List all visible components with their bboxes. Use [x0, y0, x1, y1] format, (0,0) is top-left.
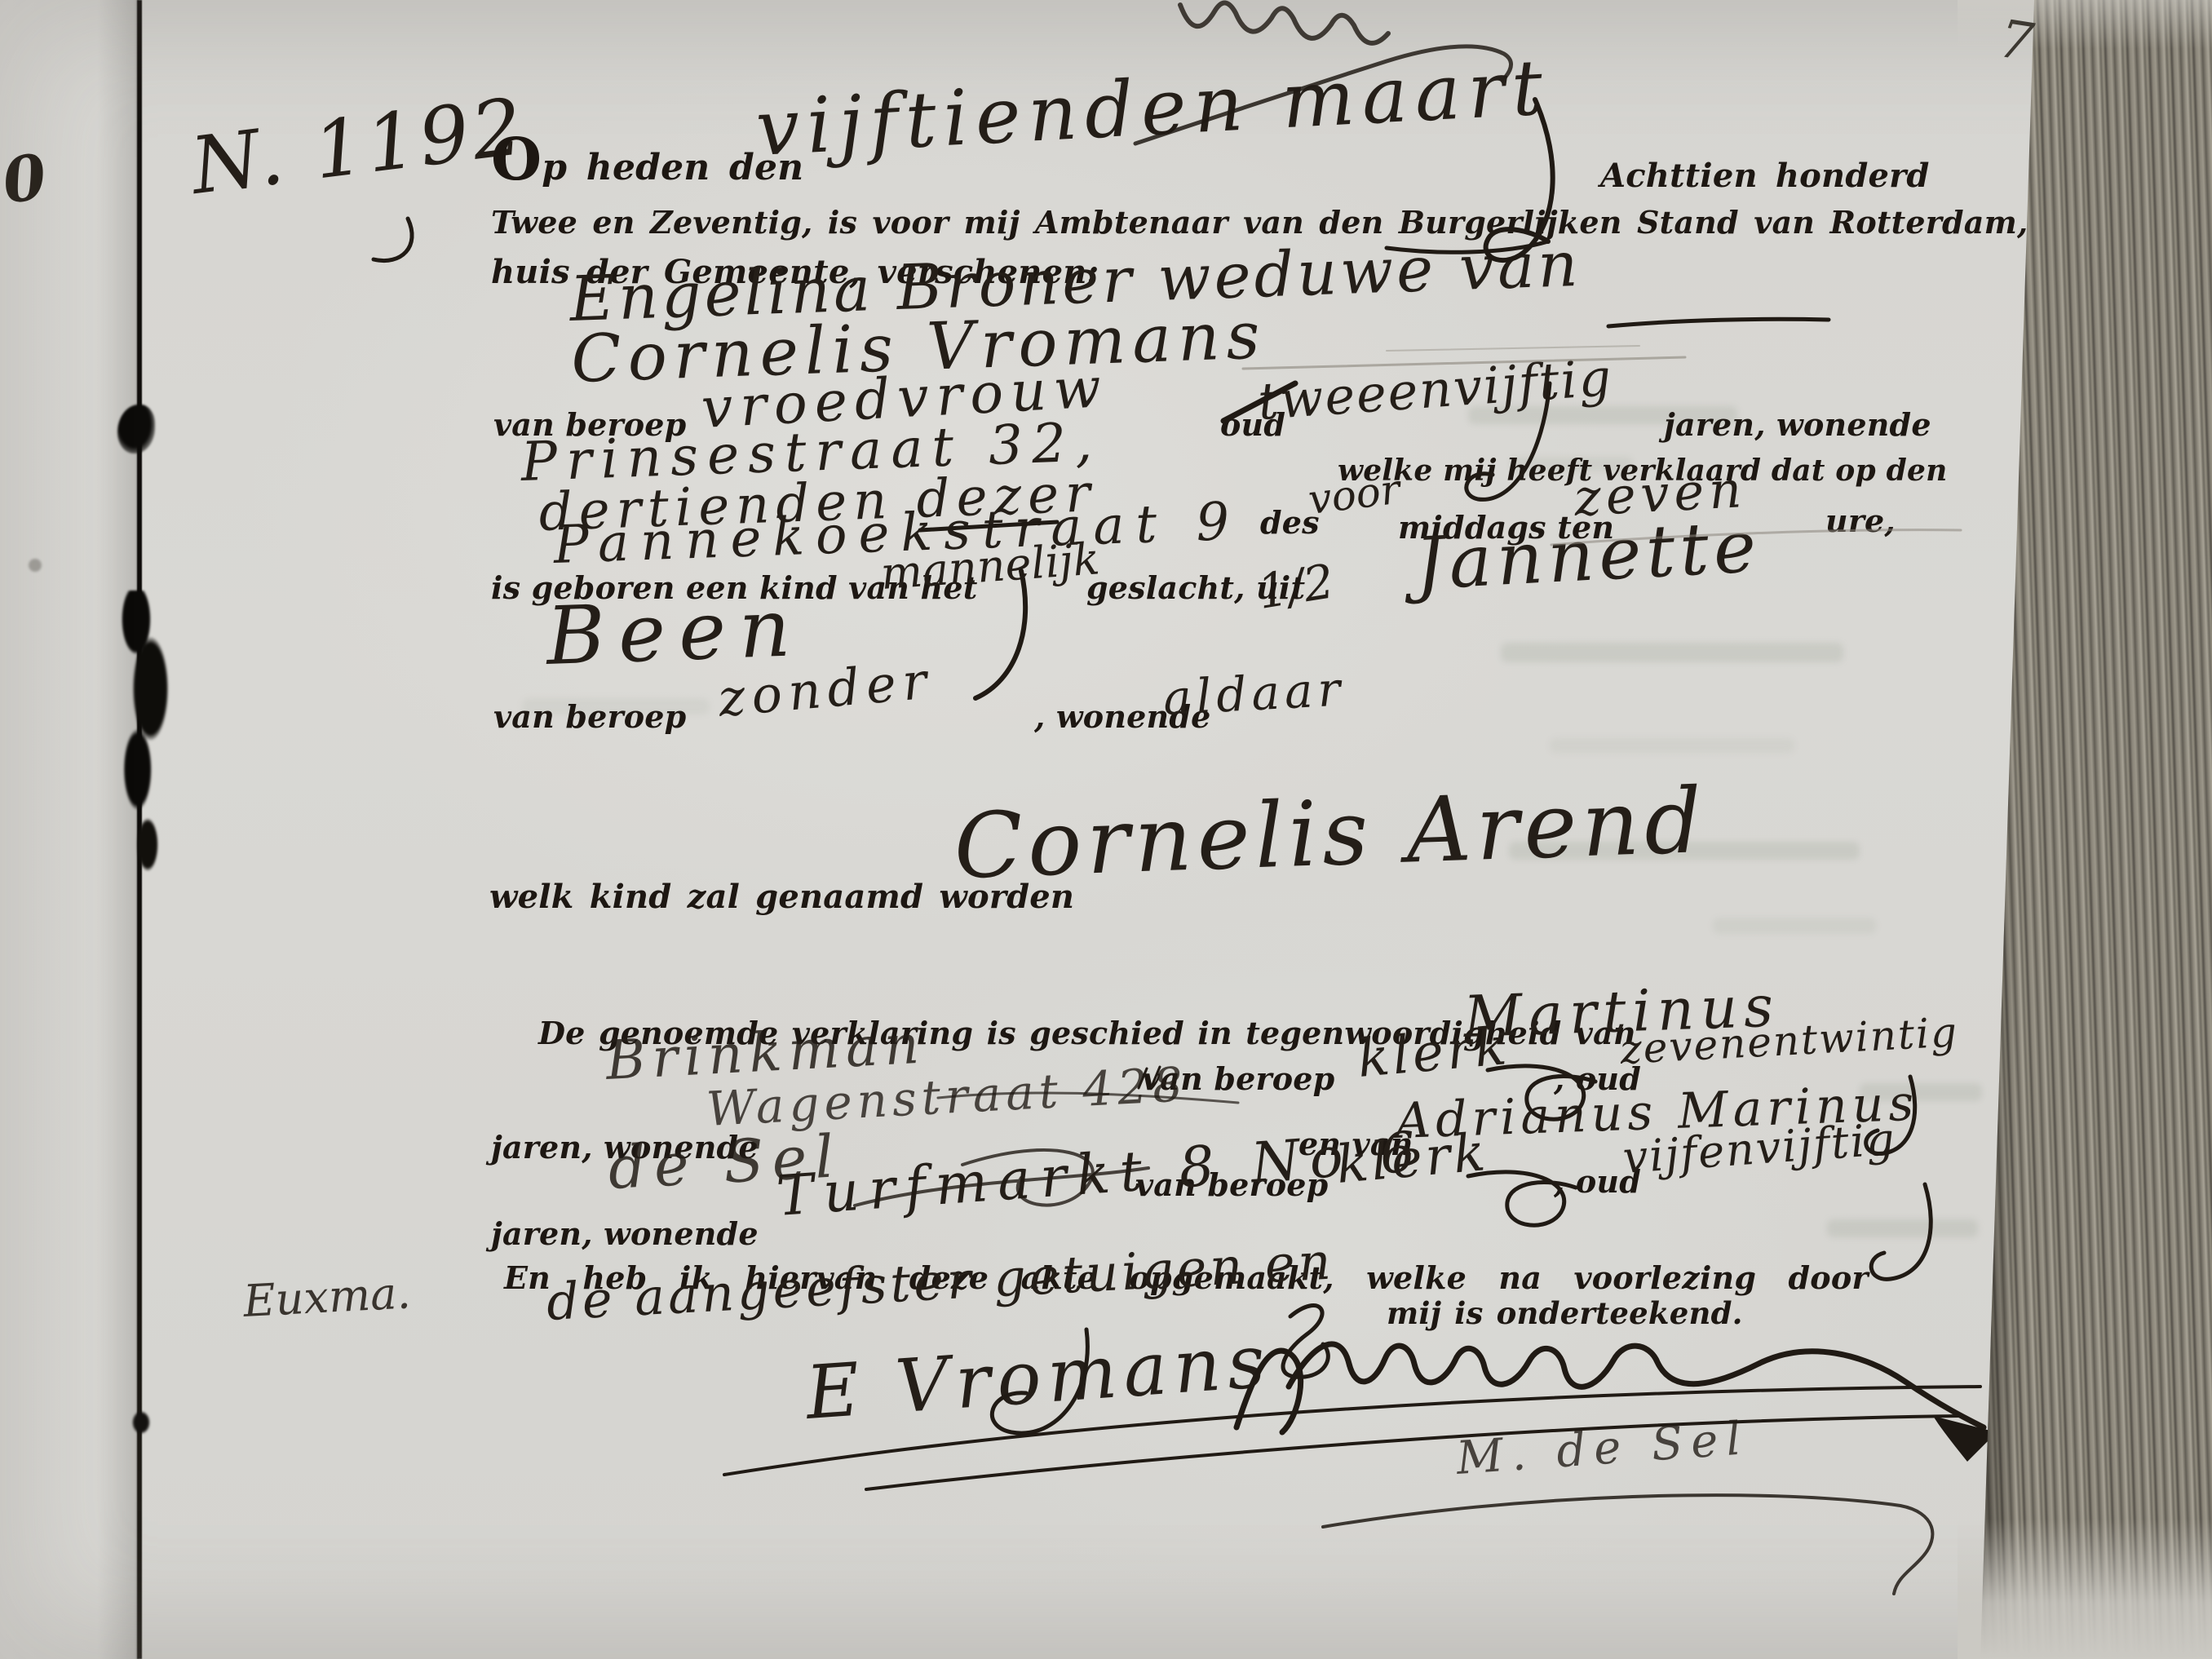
page-stack-bottom-fade — [1958, 1519, 2212, 1659]
margin-note: Euxma. — [242, 1267, 412, 1327]
form-achttien-honderd: Achttien honderd — [1600, 157, 1930, 195]
show-through-stain — [1501, 643, 1843, 662]
show-through-stain — [1713, 918, 1876, 934]
form-geslacht-uit: geslacht, uit — [1086, 569, 1305, 606]
form-jaren-wonende-4: jaren, wonende — [491, 1215, 759, 1252]
show-through-stain — [1827, 1219, 1978, 1237]
ink-blot — [28, 558, 42, 573]
hw-mother-residence: aldaar — [1161, 661, 1346, 726]
scanned-birth-record: 0 N. 1192 Euxma. Op heden den vijftiende… — [0, 0, 2212, 1659]
form-jaren-wonende-1: jaren, wonende — [1664, 406, 1931, 443]
show-through-stain — [1550, 738, 1794, 753]
ink-blot — [132, 1411, 150, 1434]
form-line-two: Twee en Zeventig, is voor mij Ambtenaar … — [491, 204, 2150, 241]
form-ure: ure, — [1825, 502, 1896, 539]
page-stack-top-light — [1958, 0, 2212, 49]
form-mij-is-onderteekend: mij is onderteekend. — [1387, 1295, 1743, 1331]
form-van-beroep-2: van beroep — [493, 698, 686, 735]
ink-blot — [106, 591, 178, 879]
